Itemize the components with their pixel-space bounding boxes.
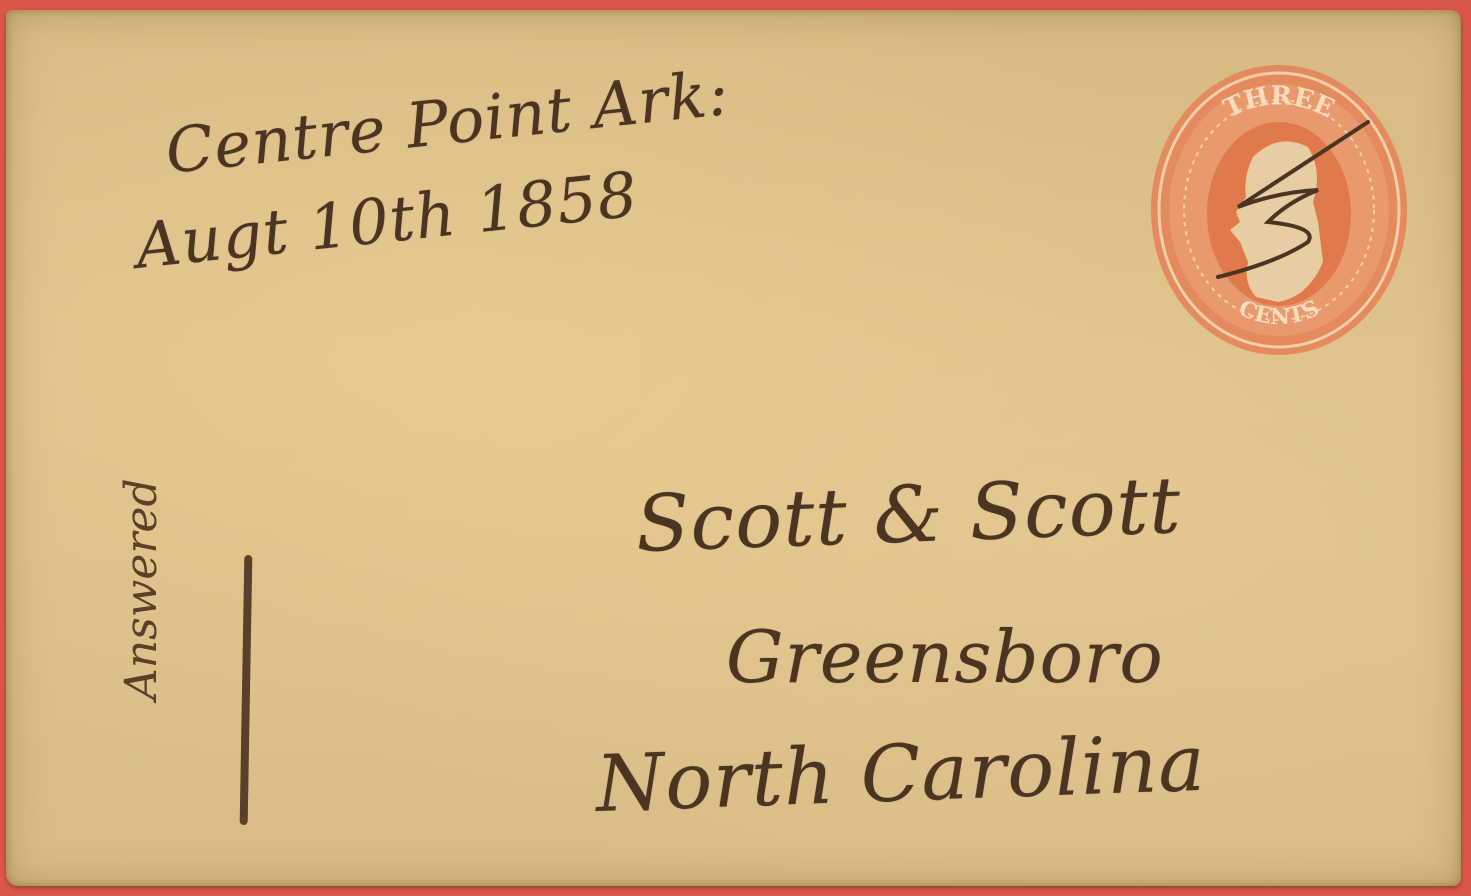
addressee-state: North Carolina	[594, 719, 1207, 830]
stamp: THREE CENTS	[1148, 62, 1410, 358]
envelope: Centre Point Ark: Augt 10th 1858 THREE C…	[6, 10, 1461, 886]
docket-note: Answered	[116, 478, 167, 700]
docket-rule	[240, 555, 253, 825]
stamp-icon: THREE CENTS	[1148, 62, 1410, 358]
addressee-name: Scott & Scott	[634, 461, 1182, 570]
addressee-city: Greensboro	[726, 615, 1164, 699]
return-address-line1: Centre Point Ark:	[162, 56, 732, 188]
